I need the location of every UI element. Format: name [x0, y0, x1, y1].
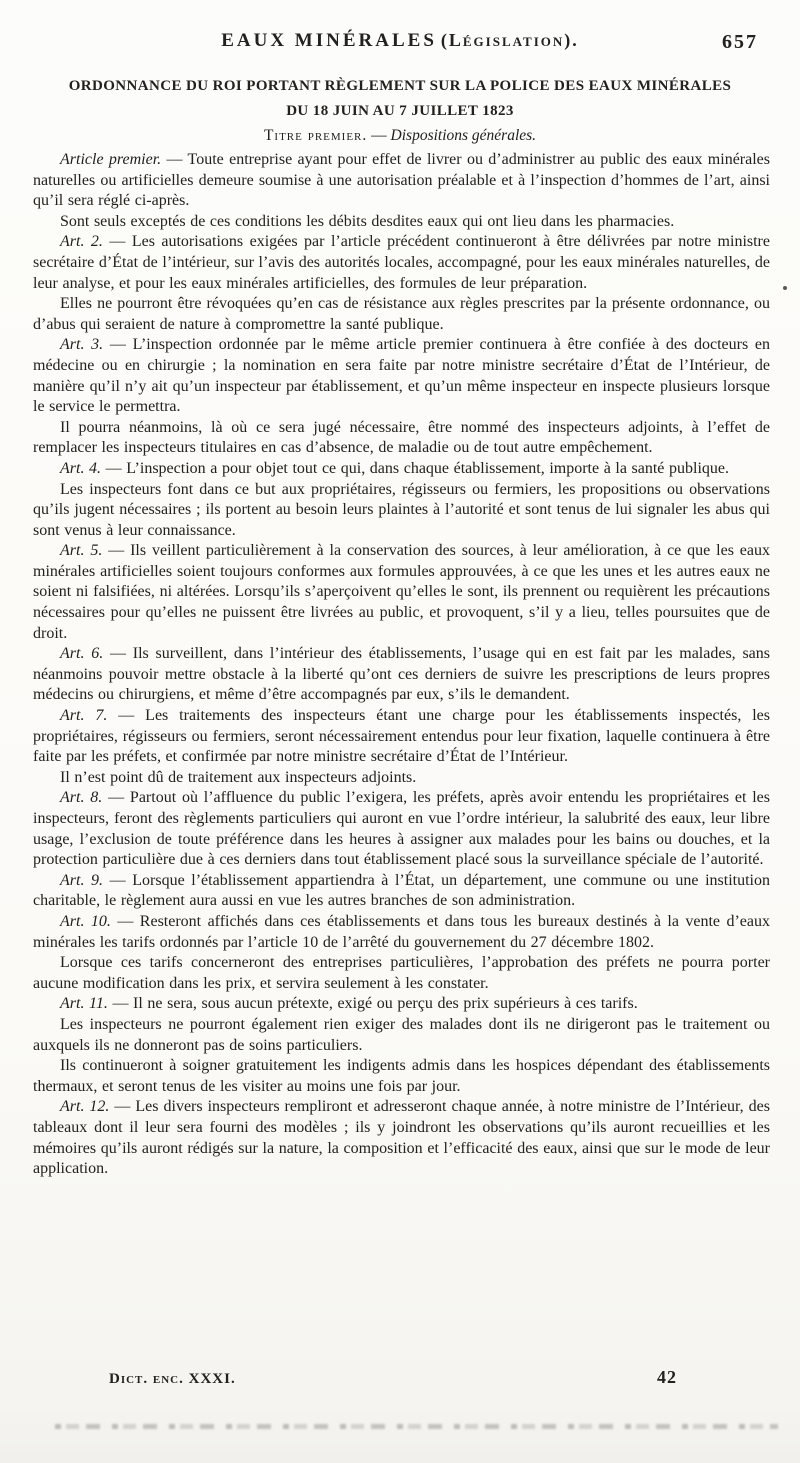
running-head: EAUX MINÉRALES (Législation). 657 — [0, 30, 800, 52]
article-label: Art. 11. — [60, 995, 108, 1012]
section-title: Dispositions générales. — [391, 127, 537, 144]
article-label: Art. 7. — [60, 707, 107, 724]
bleed-through-line — [55, 1424, 778, 1429]
section-separator: — — [371, 127, 387, 144]
article-label: Art. 2. — [60, 233, 103, 250]
article-label: Art. 5. — [60, 542, 102, 559]
article-label: Article premier. — [60, 151, 161, 168]
paragraph: Art. 8. — Partout où l’affluence du publ… — [33, 788, 770, 870]
ordinance-title: ORDONNANCE DU ROI PORTANT RÈGLEMENT SUR … — [0, 74, 800, 124]
paragraph: Art. 11. — Il ne sera, sous aucun prétex… — [33, 994, 770, 1015]
journal-title: EAUX MINÉRALES — [221, 30, 437, 51]
paragraph: Art. 9. — Lorsque l’établissement appart… — [33, 871, 770, 912]
paragraph: Sont seuls exceptés de ces conditions le… — [33, 212, 770, 233]
ordinance-title-line1: ORDONNANCE DU ROI PORTANT RÈGLEMENT SUR … — [0, 74, 800, 99]
paragraph: Il pourra néanmoins, là où ce sera jugé … — [33, 418, 770, 459]
article-label: Art. 4. — [60, 460, 101, 477]
scan-artifact-dot — [783, 286, 787, 290]
signature-number: 42 — [657, 1367, 677, 1388]
article-label: Art. 9. — [60, 872, 103, 889]
article-label: Art. 10. — [60, 913, 111, 930]
journal-subtitle: (Législation). — [441, 30, 579, 50]
section-heading: Titre premier. — Dispositions générales. — [0, 127, 800, 145]
paragraph: Il n’est point dû de traitement aux insp… — [33, 768, 770, 789]
scanned-page: EAUX MINÉRALES (Législation). 657 ORDONN… — [0, 0, 800, 1463]
paragraph: Art. 7. — Les traitements des inspecteur… — [33, 706, 770, 768]
paragraph: Les inspecteurs font dans ce but aux pro… — [33, 480, 770, 542]
paragraph: Art. 5. — Ils veillent particulièrement … — [33, 541, 770, 644]
article-label: Art. 8. — [60, 789, 102, 806]
section-label: Titre premier. — [264, 127, 367, 144]
ordinance-title-line2: DU 18 JUIN AU 7 JUILLET 1823 — [0, 99, 800, 124]
paragraph: Elles ne pourront être révoquées qu’en c… — [33, 294, 770, 335]
paragraph: Article premier. — Toute entreprise ayan… — [33, 150, 770, 212]
paragraph: Lorsque ces tarifs concerneront des entr… — [33, 953, 770, 994]
paragraph: Ils continueront à soigner gratuitement … — [33, 1056, 770, 1097]
article-label: Art. 3. — [60, 336, 103, 353]
article-label: Art. 12. — [60, 1098, 109, 1115]
volume-reference: Dict. enc. XXXI. — [109, 1371, 236, 1388]
article-label: Art. 6. — [60, 645, 103, 662]
paragraph: Art. 2. — Les autorisations exigées par … — [33, 232, 770, 294]
page-number: 657 — [722, 31, 758, 54]
paragraph: Art. 4. — L’inspection a pour objet tout… — [33, 459, 770, 480]
page-footer: Dict. enc. XXXI. 42 — [33, 1367, 770, 1388]
paragraph: Art. 10. — Resteront affichés dans ces é… — [33, 912, 770, 953]
ordinance-body: Article premier. — Toute entreprise ayan… — [33, 150, 770, 1364]
paragraph: Art. 6. — Ils surveillent, dans l’intéri… — [33, 644, 770, 706]
paragraph: Art. 3. — L’inspection ordonnée par le m… — [33, 335, 770, 417]
paragraph: Art. 12. — Les divers inspecteurs rempli… — [33, 1097, 770, 1179]
paragraph: Les inspecteurs ne pourront également ri… — [33, 1015, 770, 1056]
